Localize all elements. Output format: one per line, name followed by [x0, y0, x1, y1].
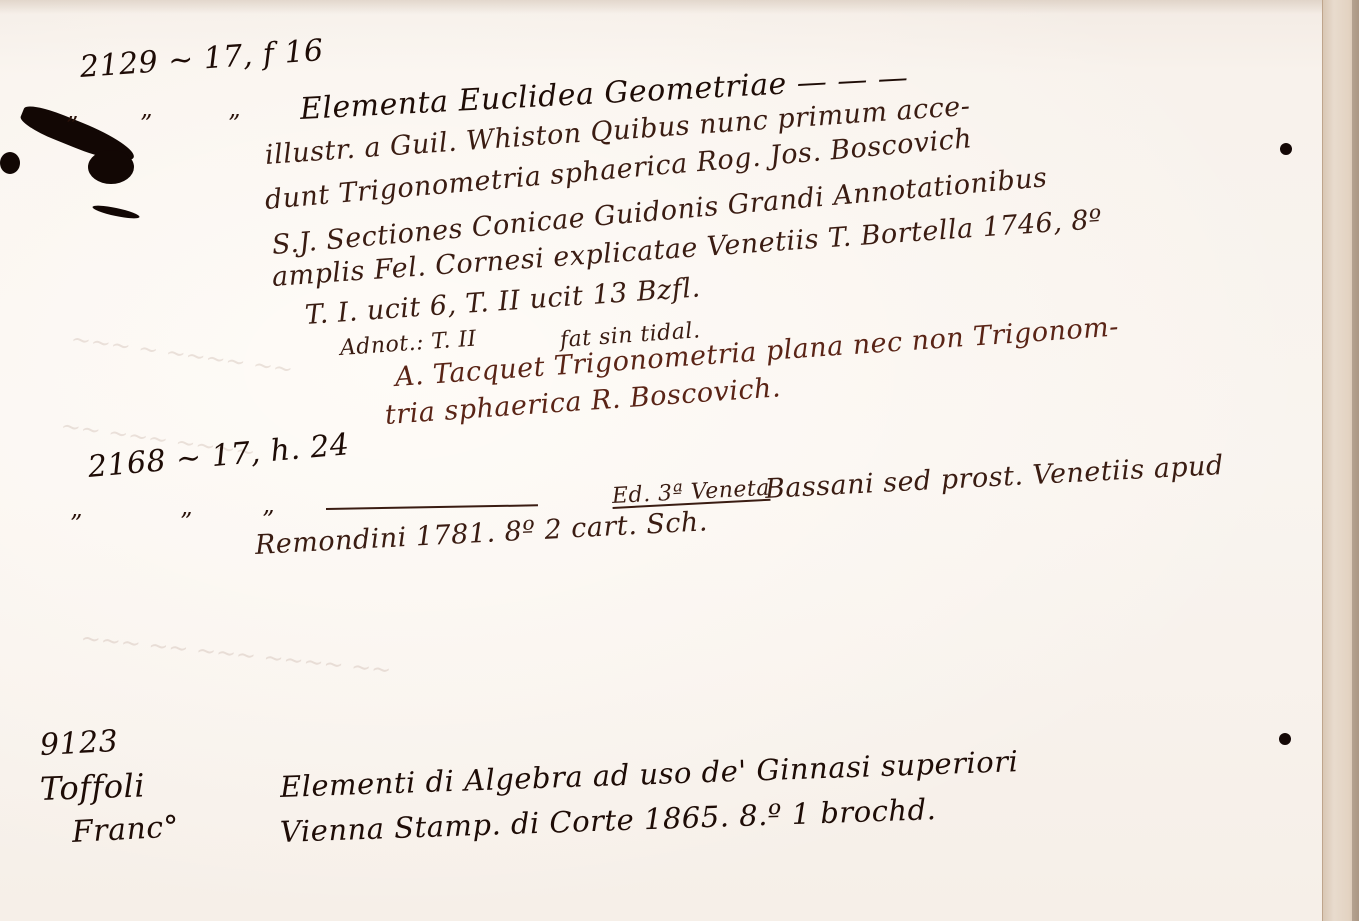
- entry-3-author-surname: Toffoli: [39, 766, 145, 808]
- page-edge-shadow: [1352, 0, 1359, 921]
- ditto-mark: ”: [228, 110, 240, 138]
- ditto-mark: ”: [70, 510, 82, 538]
- ditto-mark: ”: [140, 110, 152, 138]
- ink-dot: [1280, 143, 1292, 155]
- entry-3-author-forename: Franc°: [71, 809, 180, 850]
- page-shadow: [0, 0, 1330, 14]
- ink-dot: [1279, 733, 1291, 745]
- ditto-mark: ”: [180, 508, 192, 536]
- ditto-mark: ”: [66, 112, 78, 140]
- shelfmark-entry-3: 9123: [39, 724, 119, 763]
- ink-blot: [88, 150, 134, 184]
- ink-blot: [0, 152, 20, 174]
